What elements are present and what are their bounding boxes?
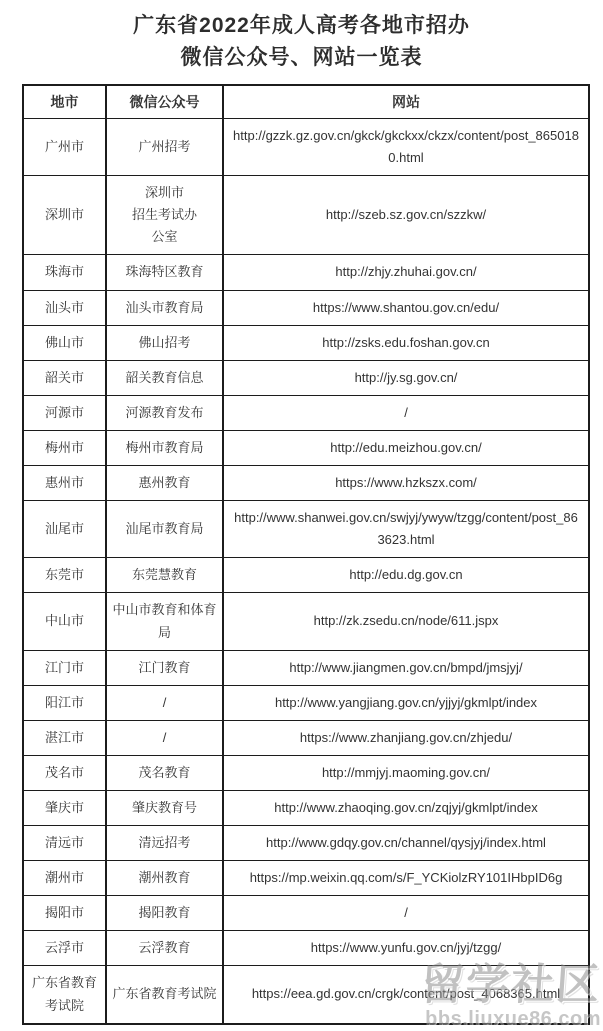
table-row: 江门市 江门教育 http://www.jiangmen.gov.cn/bmpd… [23,650,589,685]
table-row: 汕尾市 汕尾市教育局 http://www.shanwei.gov.cn/swj… [23,501,589,558]
page-title-line2: 微信公众号、网站一览表 [181,46,423,69]
col-header-website: 网站 [223,85,589,119]
city-cell: 湛江市 [23,720,106,755]
city-cell: 佛山市 [23,325,106,360]
table-row: 汕头市 汕头市教育局 https://www.shantou.gov.cn/ed… [23,290,589,325]
city-cell: 茂名市 [23,755,106,790]
wechat-account-cell: 广东省教育考试院 [106,966,223,1024]
table-row: 云浮市 云浮教育 https://www.yunfu.gov.cn/jyj/tz… [23,931,589,966]
website-cell: http://www.yangjiang.gov.cn/yjjyj/gkmlpt… [223,685,589,720]
website-cell: http://zsks.edu.foshan.gov.cn [223,325,589,360]
city-cell: 云浮市 [23,931,106,966]
table-row: 韶关市 韶关教育信息 http://jy.sg.gov.cn/ [23,360,589,395]
city-cell: 揭阳市 [23,896,106,931]
city-cell: 广州市 [23,119,106,176]
website-cell: / [223,896,589,931]
city-cell: 珠海市 [23,255,106,290]
city-cell: 深圳市 [23,176,106,255]
city-cell: 阳江市 [23,685,106,720]
wechat-account-cell: 韶关教育信息 [106,360,223,395]
website-cell: http://zk.zsedu.cn/node/611.jspx [223,593,589,650]
wechat-account-cell: / [106,720,223,755]
city-cell: 肇庆市 [23,790,106,825]
city-cell: 清远市 [23,826,106,861]
wechat-account-cell: 中山市教育和体育 局 [106,593,223,650]
table-row: 珠海市 珠海特区教育 http://zhjy.zhuhai.gov.cn/ [23,255,589,290]
city-cell: 中山市 [23,593,106,650]
website-cell: https://www.hzkszx.com/ [223,466,589,501]
table-row: 肇庆市 肇庆教育号 http://www.zhaoqing.gov.cn/zqj… [23,790,589,825]
website-cell: http://www.zhaoqing.gov.cn/zqjyj/gkmlpt/… [223,790,589,825]
website-cell: https://www.yunfu.gov.cn/jyj/tzgg/ [223,931,589,966]
city-wechat-website-table: 地市 微信公众号 网站 广州市 广州招考 http://gzzk.gz.gov.… [22,84,590,1025]
website-cell: http://www.jiangmen.gov.cn/bmpd/jmsjyj/ [223,650,589,685]
website-cell: http://www.shanwei.gov.cn/swjyj/ywyw/tzg… [223,501,589,558]
city-cell: 潮州市 [23,861,106,896]
col-header-wechat-account: 微信公众号 [106,85,223,119]
wechat-account-cell: 惠州教育 [106,466,223,501]
wechat-account-cell: 潮州教育 [106,861,223,896]
website-cell: https://mp.weixin.qq.com/s/F_YCKiolzRY10… [223,861,589,896]
city-cell: 河源市 [23,395,106,430]
table-row: 广东省教育 考试院 广东省教育考试院 https://eea.gd.gov.cn… [23,966,589,1024]
website-cell: http://gzzk.gz.gov.cn/gkck/gkckxx/ckzx/c… [223,119,589,176]
table-row: 清远市 清远招考 http://www.gdqy.gov.cn/channel/… [23,826,589,861]
table-row: 湛江市 / https://www.zhanjiang.gov.cn/zhjed… [23,720,589,755]
city-cell: 汕头市 [23,290,106,325]
table-row: 潮州市 潮州教育 https://mp.weixin.qq.com/s/F_YC… [23,861,589,896]
table-row: 茂名市 茂名教育 http://mmjyj.maoming.gov.cn/ [23,755,589,790]
table-row: 阳江市 / http://www.yangjiang.gov.cn/yjjyj/… [23,685,589,720]
wechat-account-cell: 珠海特区教育 [106,255,223,290]
wechat-account-cell: 深圳市 招生考试办 公室 [106,176,223,255]
website-cell: http://edu.meizhou.gov.cn/ [223,430,589,465]
table-row: 河源市 河源教育发布 / [23,395,589,430]
website-cell: / [223,395,589,430]
website-cell: http://www.gdqy.gov.cn/channel/qysjyj/in… [223,826,589,861]
table-row: 广州市 广州招考 http://gzzk.gz.gov.cn/gkck/gkck… [23,119,589,176]
wechat-account-cell: 云浮教育 [106,931,223,966]
website-cell: http://jy.sg.gov.cn/ [223,360,589,395]
wechat-account-cell: 揭阳教育 [106,896,223,931]
wechat-account-cell: 梅州市教育局 [106,430,223,465]
city-cell: 东莞市 [23,558,106,593]
city-cell: 梅州市 [23,430,106,465]
page-title: 广东省2022年成人高考各地市招办 微信公众号、网站一览表 [0,10,603,73]
table-row: 东莞市 东莞慧教育 http://edu.dg.gov.cn [23,558,589,593]
table-row: 佛山市 佛山招考 http://zsks.edu.foshan.gov.cn [23,325,589,360]
website-cell: http://szeb.sz.gov.cn/szzkw/ [223,176,589,255]
wechat-account-cell: 清远招考 [106,826,223,861]
wechat-account-cell: / [106,685,223,720]
city-cell: 广东省教育 考试院 [23,966,106,1024]
city-cell: 汕尾市 [23,501,106,558]
city-cell: 江门市 [23,650,106,685]
wechat-account-cell: 东莞慧教育 [106,558,223,593]
website-cell: https://www.shantou.gov.cn/edu/ [223,290,589,325]
website-cell: http://edu.dg.gov.cn [223,558,589,593]
city-cell: 惠州市 [23,466,106,501]
wechat-account-cell: 肇庆教育号 [106,790,223,825]
table-row: 梅州市 梅州市教育局 http://edu.meizhou.gov.cn/ [23,430,589,465]
city-cell: 韶关市 [23,360,106,395]
wechat-account-cell: 河源教育发布 [106,395,223,430]
wechat-account-cell: 江门教育 [106,650,223,685]
website-cell: http://zhjy.zhuhai.gov.cn/ [223,255,589,290]
wechat-account-cell: 茂名教育 [106,755,223,790]
page-title-line1: 广东省2022年成人高考各地市招办 [133,14,470,37]
wechat-account-cell: 汕头市教育局 [106,290,223,325]
col-header-city: 地市 [23,85,106,119]
table-row: 中山市 中山市教育和体育 局 http://zk.zsedu.cn/node/6… [23,593,589,650]
table-row: 揭阳市 揭阳教育 / [23,896,589,931]
wechat-account-cell: 佛山招考 [106,325,223,360]
table-row: 惠州市 惠州教育 https://www.hzkszx.com/ [23,466,589,501]
website-cell: https://eea.gd.gov.cn/crgk/content/post_… [223,966,589,1024]
website-cell: http://mmjyj.maoming.gov.cn/ [223,755,589,790]
wechat-account-cell: 广州招考 [106,119,223,176]
table-row: 深圳市 深圳市 招生考试办 公室 http://szeb.sz.gov.cn/s… [23,176,589,255]
table-header-row: 地市 微信公众号 网站 [23,85,589,119]
wechat-account-cell: 汕尾市教育局 [106,501,223,558]
website-cell: https://www.zhanjiang.gov.cn/zhjedu/ [223,720,589,755]
